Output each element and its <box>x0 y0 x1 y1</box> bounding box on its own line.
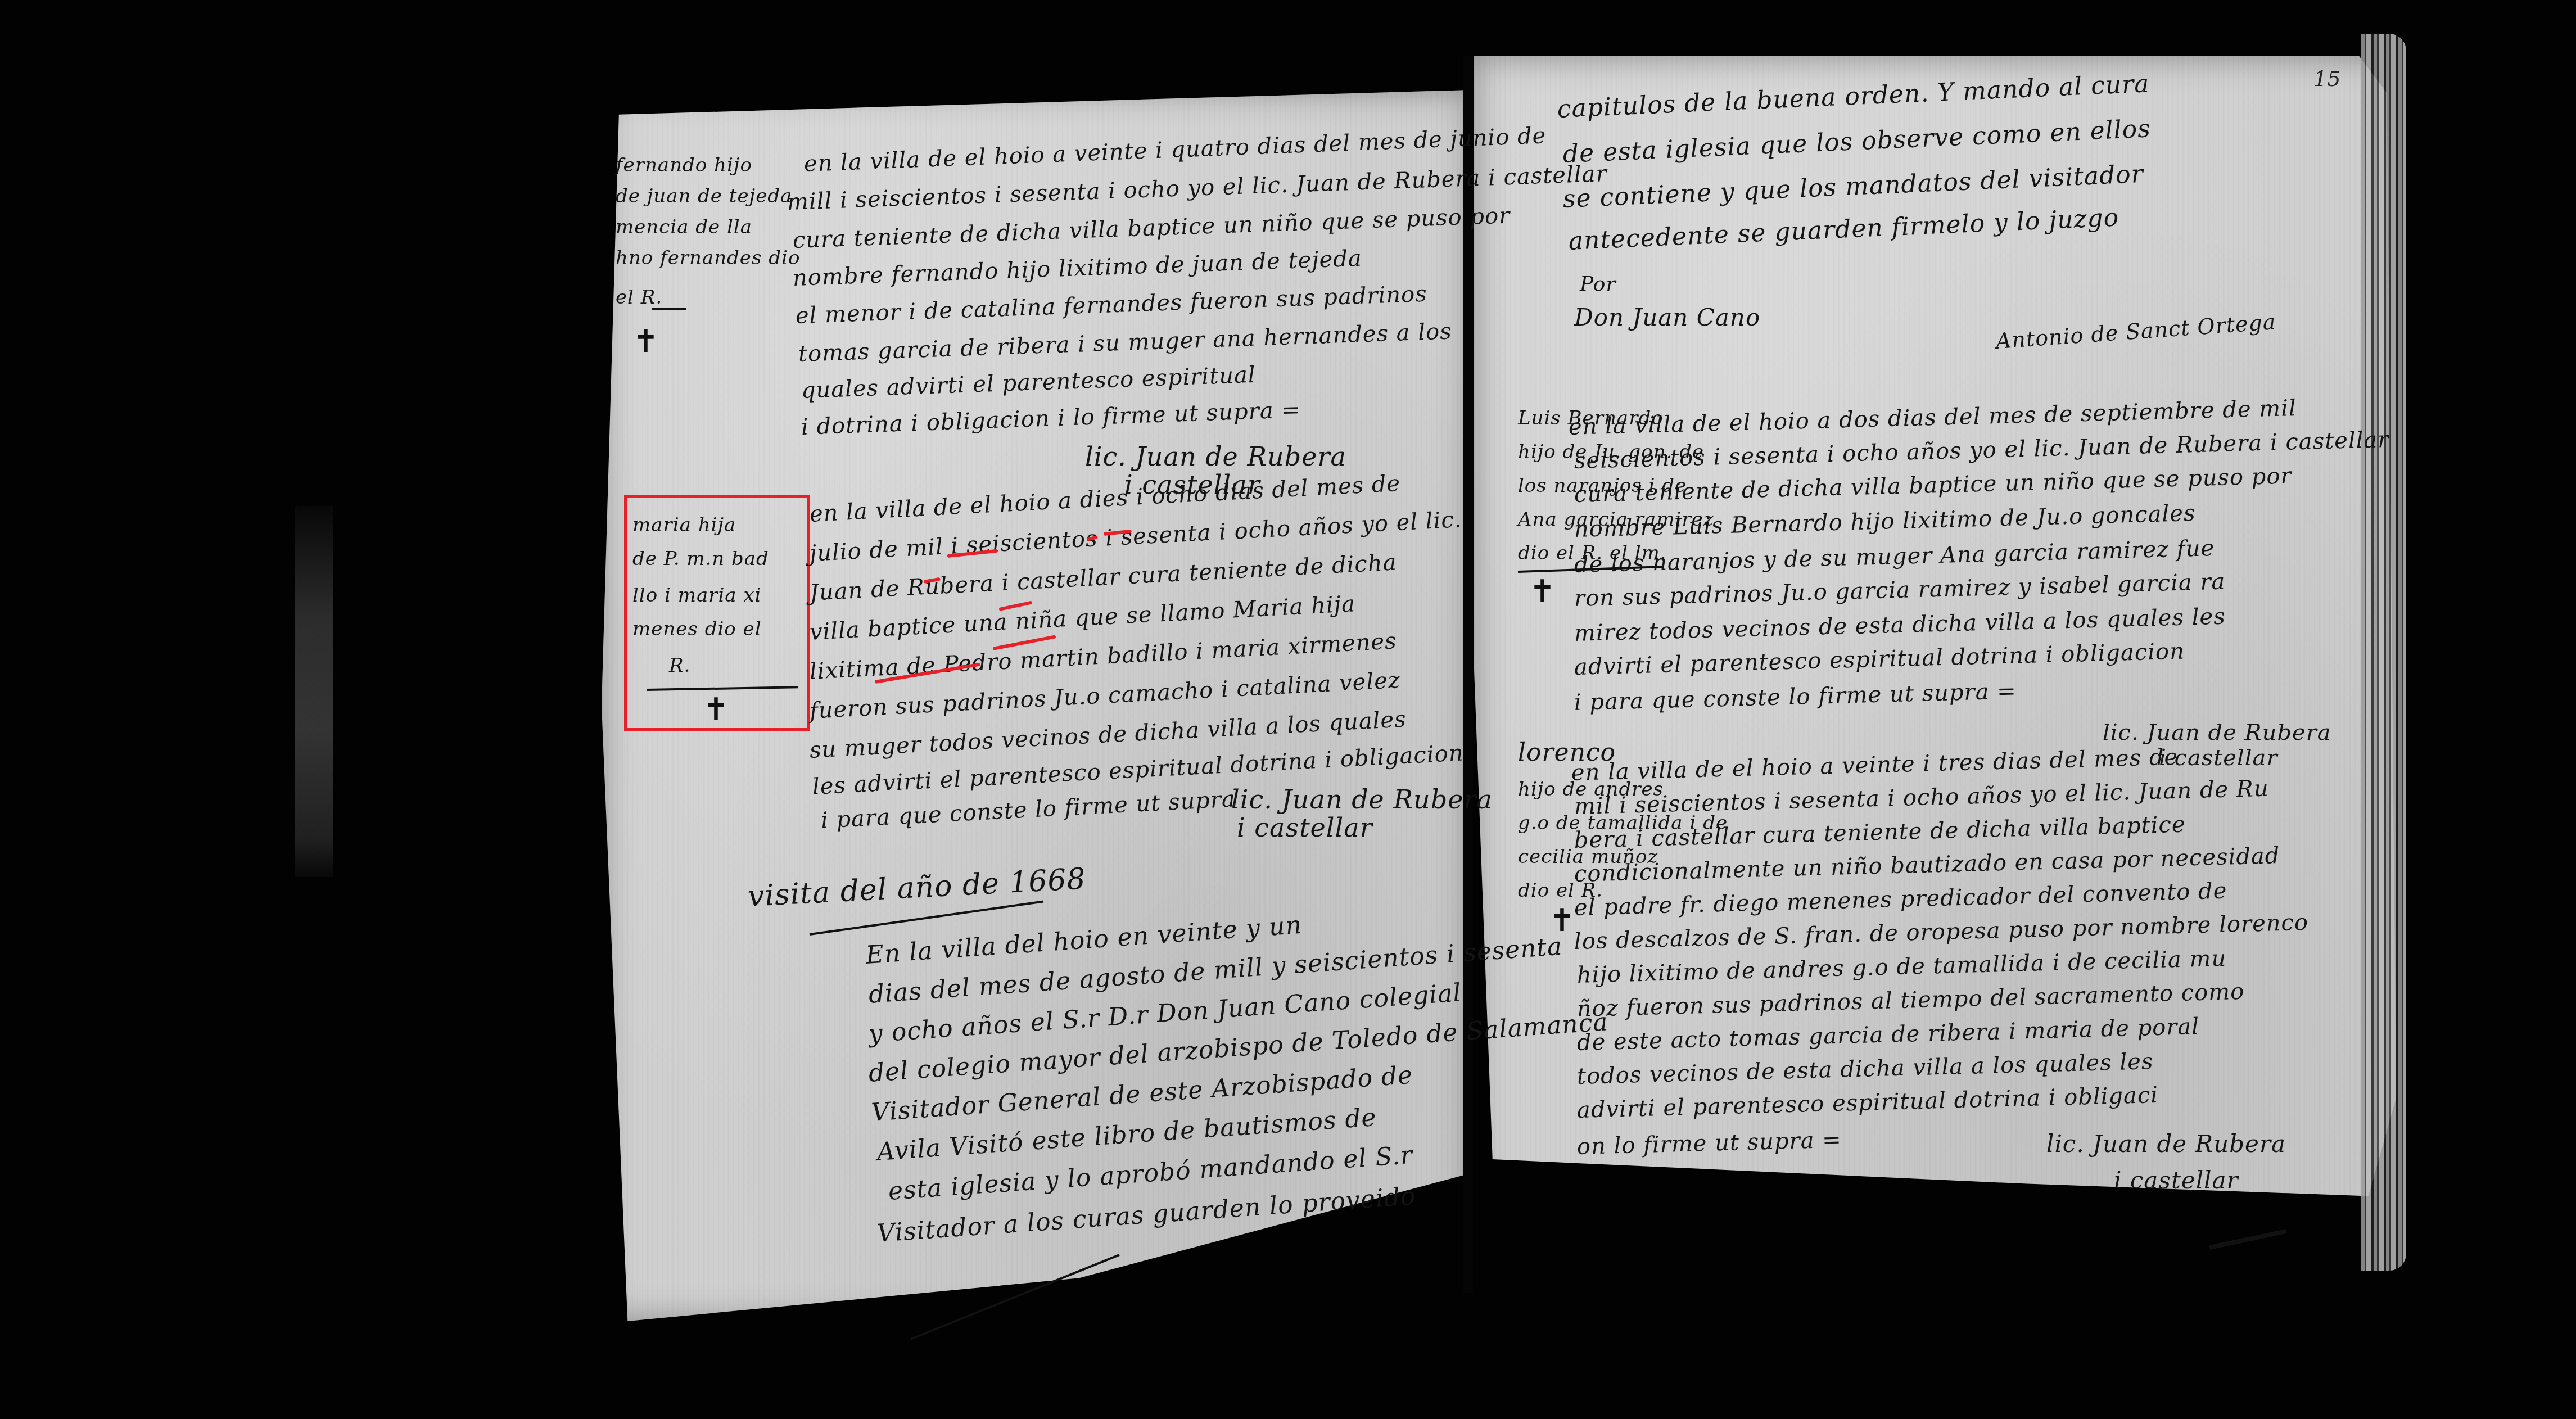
margin-note-line: llo i maria xi <box>632 579 761 612</box>
background-artifact-strip <box>295 506 333 877</box>
signature-line: i castellar <box>1237 812 1373 843</box>
book-gutter <box>1463 56 1473 1293</box>
margin-note-line: hno fernandes dio <box>616 242 800 274</box>
margin-note-line: menes dio el <box>632 613 762 645</box>
cross-mark-icon: ✝ <box>1549 902 1575 939</box>
margin-note-line: maria hija <box>632 509 736 541</box>
signature-por: Por <box>1580 273 1616 296</box>
cross-mark-icon: ✝ <box>703 692 729 728</box>
folio-number: 15 <box>2313 66 2340 91</box>
signature-line: lic. Juan de Rubera <box>2046 1130 2286 1158</box>
margin-note-line: R. <box>669 649 690 682</box>
margin-note-line: de juan de tejeda <box>616 180 792 213</box>
cross-mark-icon: ✝ <box>632 323 659 360</box>
signature-juan-cano: Don Juan Cano <box>1574 304 1760 331</box>
scan-background: 15 fernando hijo de juan de tejeda menci… <box>0 0 2576 1419</box>
signature-line: lic. Juan de Rubera <box>1085 441 1346 472</box>
signature-line: lic. Juan de Rubera <box>1231 784 1493 815</box>
signature-line: i castellar <box>2114 1167 2239 1194</box>
entry-line: on lo firme ut supra = <box>1576 1123 1842 1164</box>
margin-note-line: de P. m.n bad <box>632 543 769 575</box>
cross-mark-icon: ✝ <box>1529 573 1556 610</box>
signature-flourish <box>2209 1229 2287 1250</box>
margin-note-line: mencia de lla <box>616 211 752 243</box>
margin-note-line: fernando hijo <box>616 149 752 182</box>
margin-rule <box>652 308 686 310</box>
page-edges-stack <box>2361 34 2406 1271</box>
